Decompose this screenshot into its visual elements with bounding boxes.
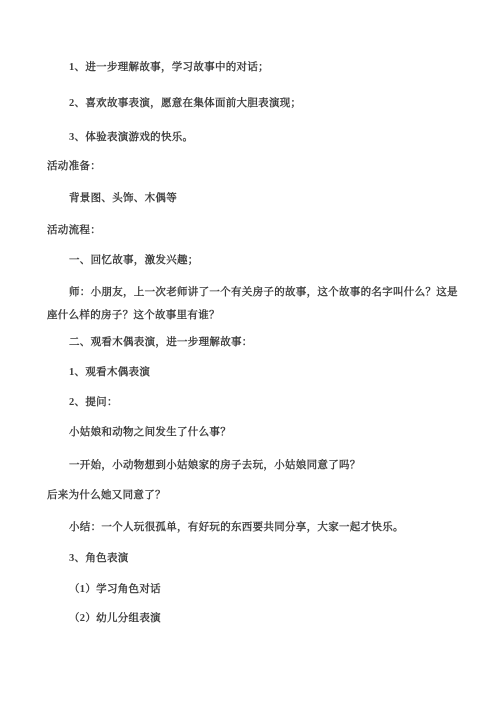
doc-line-step-2: 二、观看木偶表演，进一步理解故事： — [47, 336, 460, 350]
doc-line-goal-1: 1、进一步理解故事，学习故事中的对话； — [47, 61, 460, 75]
doc-line-role-dialogue: （1）学习角色对话 — [47, 583, 460, 597]
doc-line-role-play: 3、角色表演 — [47, 552, 460, 566]
doc-line-ask: 2、提问： — [47, 396, 460, 410]
doc-line-goal-3: 3、体验表演游戏的快乐。 — [47, 131, 460, 145]
doc-heading-procedure: 活动流程： — [47, 224, 460, 238]
document-page: 1、进一步理解故事，学习故事中的对话； 2、喜欢故事表演，愿意在集体面前大胆表演… — [0, 0, 500, 708]
doc-line-question-girl: 小姑娘和动物之间发生了什么事？ — [47, 426, 460, 440]
doc-line-question-agree: 一开始，小动物想到小姑娘家的房子去玩，小姑娘同意了吗？ — [47, 459, 460, 473]
doc-line-group-performance: （2）幼儿分组表演 — [47, 612, 460, 626]
doc-line-watch-puppet: 1、观看木偶表演 — [47, 366, 460, 380]
doc-heading-preparation: 活动准备： — [47, 160, 460, 174]
doc-line-materials: 背景图、头饰、木偶等 — [47, 192, 460, 206]
doc-line-question-why: 后来为什么她又同意了？ — [47, 489, 460, 503]
doc-line-step-1: 一、回忆故事，激发兴趣； — [47, 254, 460, 268]
doc-line-goal-2: 2、喜欢故事表演，愿意在集体面前大胆表演现； — [47, 97, 460, 111]
doc-line-teacher-question: 师：小朋友，上一次老师讲了一个有关房子的故事，这个故事的名字叫什么？这是 — [47, 286, 460, 300]
doc-line-summary: 小结：一个人玩很孤单，有好玩的东西要共同分享，大家一起才快乐。 — [47, 521, 460, 535]
doc-line-teacher-question-2: 座什么样的房子？这个故事里有谁？ — [47, 309, 460, 323]
